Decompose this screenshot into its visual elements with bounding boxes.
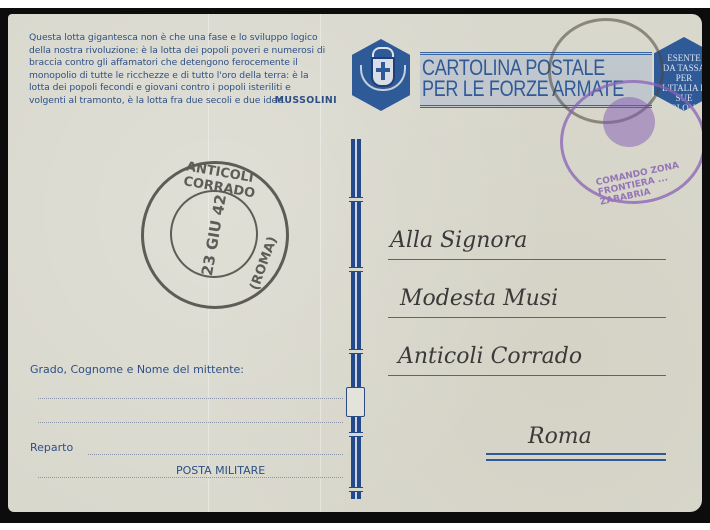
address-rule	[388, 375, 666, 376]
censor-emblem-icon	[603, 97, 655, 147]
quote-signature: MUSSOLINI	[275, 95, 337, 108]
address-rule	[388, 259, 666, 260]
sender-name-line[interactable]	[38, 398, 343, 399]
flagpole-divider	[351, 139, 361, 499]
royal-coat-of-arms-icon	[352, 39, 410, 111]
address-line-2: Modesta Musi	[400, 286, 558, 311]
address-rule	[388, 317, 666, 318]
address-double-rule	[486, 453, 666, 461]
pole-ribbon	[355, 139, 357, 499]
pole-ring	[349, 487, 363, 492]
pole-ring	[349, 432, 363, 437]
pole-ring	[349, 267, 363, 272]
censor-stamp: COMANDO ZONA FRONTIERA ... ZABABRIA	[560, 80, 702, 204]
sender-name-label: Grado, Cognome e Nome del mittente:	[30, 363, 244, 376]
propaganda-quote: Questa lotta gigantesca non è che una fa…	[29, 32, 329, 108]
censor-stamp-text: COMANDO ZONA FRONTIERA ... ZABABRIA	[595, 156, 702, 207]
sender-name-line-2[interactable]	[38, 422, 343, 423]
address-line-4: Roma	[528, 424, 592, 449]
address-line-1: Alla Signora	[390, 228, 527, 253]
flag-tab-icon	[346, 387, 365, 417]
pole-ring	[349, 349, 363, 354]
postmark: ANTICOLI CORRADO (ROMA) 23 GIU 42	[141, 161, 289, 309]
wreath-icon	[360, 65, 406, 91]
address-line-3: Anticoli Corrado	[398, 344, 582, 369]
military-post-line[interactable]	[38, 477, 343, 478]
military-post-label: POSTA MILITARE	[176, 464, 265, 477]
crown-icon	[372, 47, 394, 57]
postcard: Questa lotta gigantesca non è che una fa…	[8, 14, 702, 512]
unit-label: Reparto	[30, 441, 73, 454]
pole-ring	[349, 197, 363, 202]
unit-line[interactable]	[88, 454, 343, 455]
